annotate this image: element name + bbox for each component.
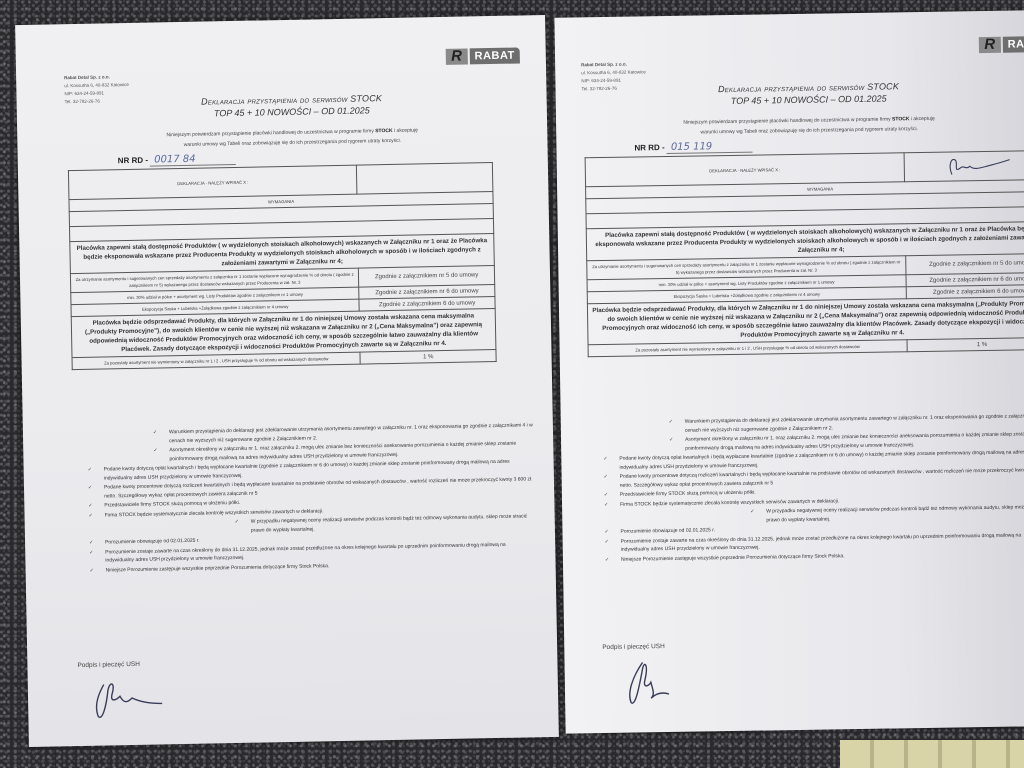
intro-post: i akceptuję [393,127,418,133]
nr-rd-handwritten-value: 015 119 [667,141,753,154]
checkmark-icon: ✓ [88,511,96,520]
intro-brand: STOCK [892,116,910,122]
checkmark-icon: ✓ [153,428,161,445]
rabat-logo: R RABAT [979,36,1024,53]
checkmark-icon: ✓ [603,455,611,472]
term-text: Porozumienie obowiązuje od 02.01.2025 r. [620,526,715,536]
checkmark-icon: ✓ [604,500,612,509]
checkmark-icon: ✓ [750,508,758,525]
checkmark-icon: ✓ [235,518,243,535]
logo-mark: R [979,37,1001,53]
nr-rd-field: NR RD - 0017 84 [118,153,236,166]
value-cell: 1 % [907,337,1024,351]
requirements-table: DEKLARACJA - NALEŻY WPISAĆ X : WYMAGANIA… [68,162,497,370]
intro-post: i akceptuję [909,116,934,122]
declaration-signature [944,154,1014,177]
nr-rd-field: NR RD - 015 119 [634,141,752,154]
nr-rd-label: NR RD - [118,156,148,166]
checkmark-icon: ✓ [605,555,613,564]
checkmark-icon: ✓ [604,491,612,500]
logo-text: RABAT [469,47,519,64]
nr-rd-handwritten-value: 0017 84 [150,153,236,167]
declaration-sheet-left: Rabat Detal Sp. z o.o. ul. Kossutha 6, 4… [15,15,559,747]
sheet-content: Rabat Detal Sp. z o.o. ul. Kossutha 6, 4… [573,32,1024,39]
checkmark-icon: ✓ [90,566,98,575]
intro-brand: STOCK [375,128,393,134]
logo-text: RABAT [1003,36,1024,53]
value-cell: Zgodnie z załącznikiem nr 5 do umowy [359,265,495,287]
checkmark-icon: ✓ [88,466,96,483]
checkmark-icon: ✓ [88,502,96,511]
terms-list: ✓Warunkiem przystąpienia do deklaracji j… [63,421,536,576]
handwritten-signature [90,675,171,722]
rabat-logo: R RABAT [445,47,519,64]
background-tray [840,740,1024,768]
checkmark-icon: ✓ [669,418,677,435]
handwritten-signature [620,658,701,709]
requirements-table: DEKLARACJA - NALEŻY WPISAĆ X : WYMAGANIA… [585,150,1024,357]
signature-label: Podpis i pieczęć USH [77,661,140,669]
declaration-sheet-right: Rabat Detal Sp. z o.o. ul. Kossutha 6, 4… [554,10,1024,733]
checkmark-icon: ✓ [89,548,97,565]
terms-list: ✓Warunkiem przystąpienia do deklaracji j… [579,412,1024,565]
checkmark-icon: ✓ [604,528,612,537]
promo-requirement: Placówka będzie odsprzedawać Produkty, d… [587,296,1024,344]
checkmark-icon: ✓ [605,537,613,554]
sheet-content: Rabat Detal Sp. z o.o. ul. Kossutha 6, 4… [56,43,526,52]
intro-text: Niniejszym potwierdzam przystąpienie pla… [574,112,1024,139]
checkmark-icon: ✓ [89,539,97,548]
signature-label: Podpis i pieczęć USH [602,643,665,651]
checkmark-icon: ✓ [153,446,161,463]
declaration-mark-cell [904,150,1024,181]
intro-text: Niniejszym potwierdzam przystąpienie pla… [57,123,527,152]
checkmark-icon: ✓ [88,484,96,501]
checkmark-icon: ✓ [669,436,677,453]
logo-mark: R [445,48,467,64]
declaration-mark-cell [357,163,493,195]
checkmark-icon: ✓ [604,473,612,490]
value-cell: Zgodnie z załącznikiem nr 5 do umowy [906,253,1024,274]
value-cell: 1 % [360,349,496,364]
nr-rd-label: NR RD - [634,143,664,152]
